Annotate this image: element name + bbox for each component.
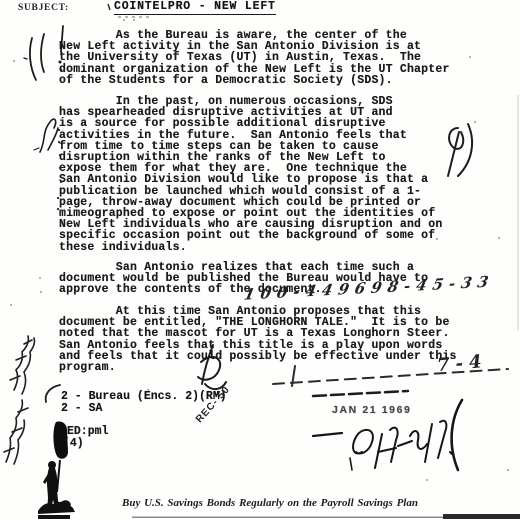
paragraph-1: As the Bureau is aware, the center of th… bbox=[59, 30, 450, 86]
paragraph-4: At this time San Antonio proposes that t… bbox=[59, 306, 457, 373]
document-title: COINTELPRO - NEW LEFT bbox=[114, 0, 276, 15]
document-page: SUBJECT: COINTELPRO - NEW LEFT As the Bu… bbox=[0, 0, 520, 520]
copies-count: (4) bbox=[63, 437, 84, 450]
margin-scribble-bottom-left bbox=[4, 336, 35, 464]
paragraph-2: In the past, on numerous occasions, SDS … bbox=[59, 96, 442, 253]
minuteman-statue-icon bbox=[38, 460, 75, 519]
savings-bonds-slogan: Buy U.S. Savings Bonds Regularly on the … bbox=[122, 497, 418, 509]
date-received-stamp: JAN 21 1969 bbox=[332, 404, 411, 416]
subject-label: SUBJECT: bbox=[18, 3, 69, 13]
handwritten-margin-note: 7-4 bbox=[436, 351, 488, 376]
cc-paren-mark bbox=[46, 385, 60, 402]
margin-scribble-mid-left bbox=[34, 119, 62, 210]
margin-scribble-top-left bbox=[24, 26, 63, 80]
margin-doodle-right bbox=[448, 124, 472, 176]
